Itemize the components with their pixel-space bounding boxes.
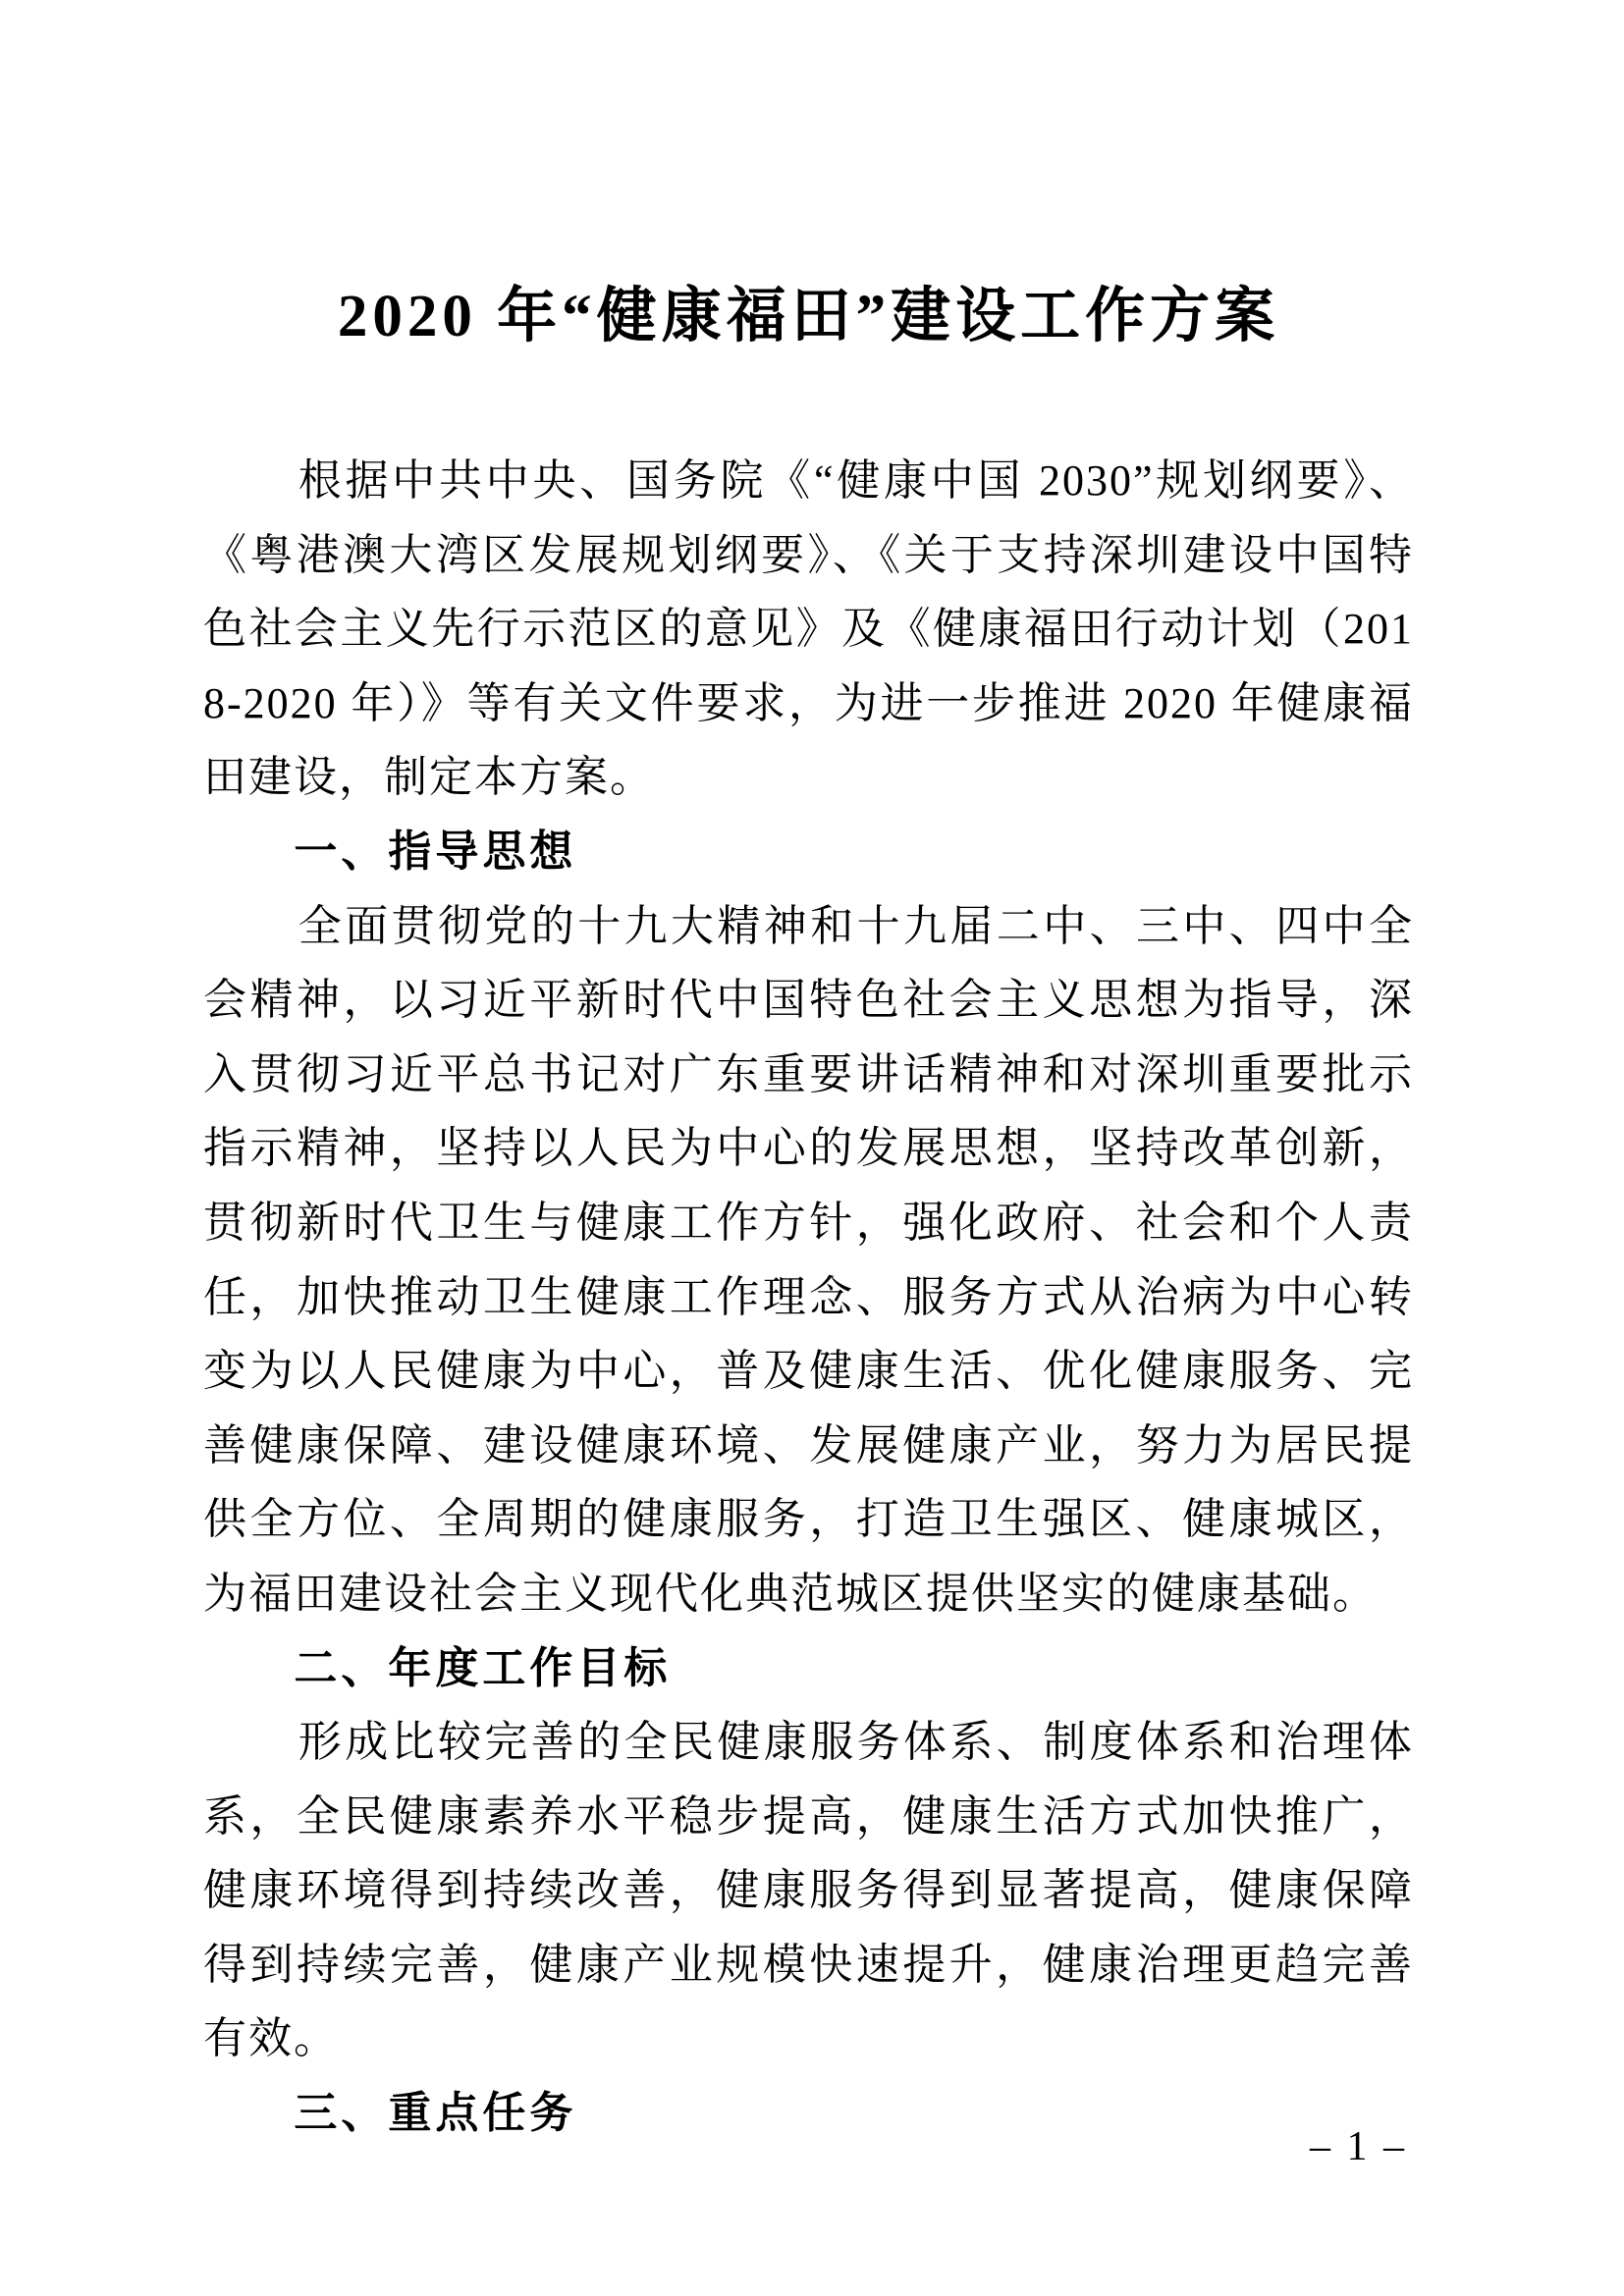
section-3-heading: 三、重点任务 [203, 2076, 1414, 2151]
page-number: – 1 – [1310, 2123, 1407, 2170]
section-1-body: 全面贯彻党的十九大精神和十九届二中、三中、四中全会精神，以习近平新时代中国特色社… [203, 889, 1414, 1631]
document-content: 2020 年“健康福田”建设工作方案 根据中共中央、国务院《“健康中国 2030… [203, 0, 1414, 2151]
section-2-heading: 二、年度工作目标 [203, 1631, 1414, 1706]
document-page: 2020 年“健康福田”建设工作方案 根据中共中央、国务院《“健康中国 2030… [0, 0, 1624, 2296]
section-2-body: 形成比较完善的全民健康服务体系、制度体系和治理体系，全民健康素养水平稳步提高，健… [203, 1705, 1414, 2076]
intro-paragraph: 根据中共中央、国务院《“健康中国 2030”规划纲要》、《粤港澳大湾区发展规划纲… [203, 444, 1414, 815]
document-title: 2020 年“健康福田”建设工作方案 [203, 281, 1414, 353]
section-1-heading: 一、指导思想 [203, 815, 1414, 889]
